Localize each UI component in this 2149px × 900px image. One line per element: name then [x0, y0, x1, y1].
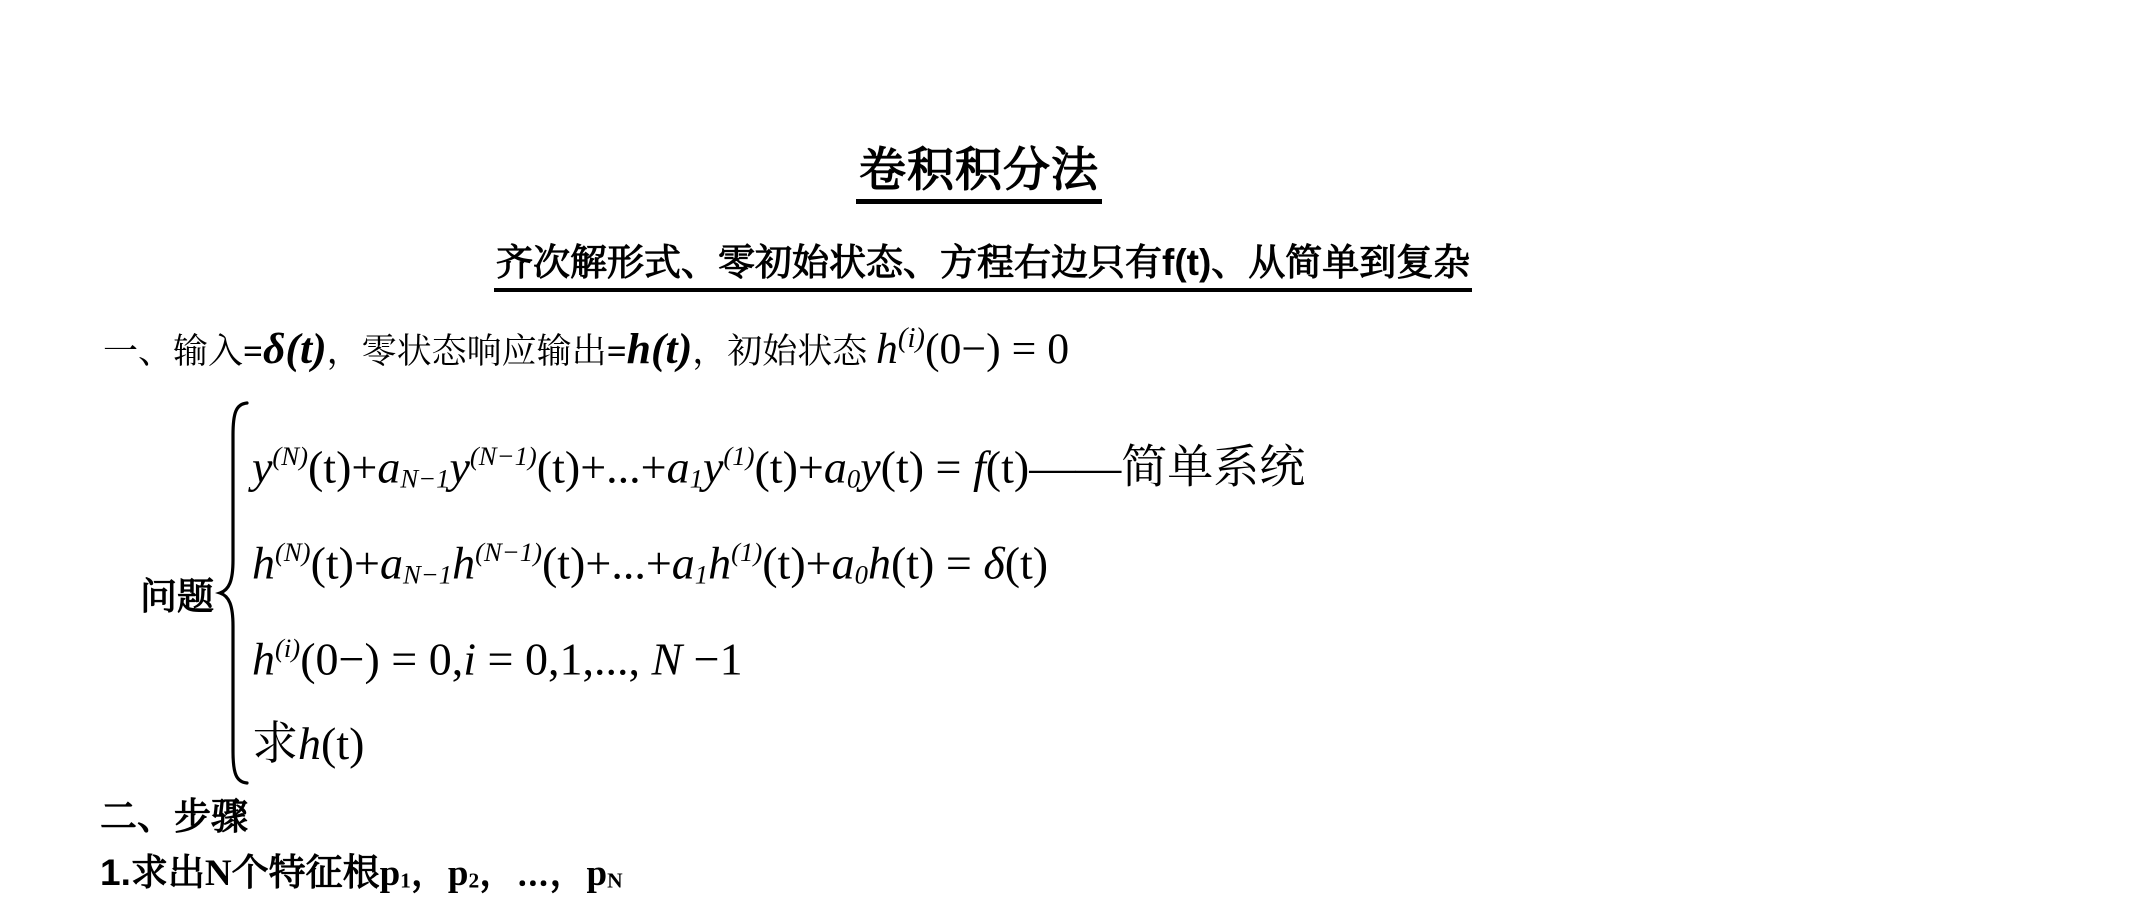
text-segment: δ(t) — [263, 325, 327, 373]
text-segment: (N) — [272, 441, 308, 471]
text-segment: h — [252, 634, 275, 685]
equation-system: y(N)(t)+aN−1y(N−1)(t)+...+a1y(1)(t)+a0y(… — [252, 408, 1305, 792]
text-segment: (0−) = 0 — [925, 325, 1069, 373]
text-segment: 求 — [252, 718, 298, 769]
left-curly-brace — [215, 400, 251, 786]
text-segment: a — [672, 538, 695, 589]
text-segment: (t) — [762, 538, 805, 589]
text-segment: a — [824, 442, 847, 493]
text-segment: N−1 — [400, 463, 449, 493]
text-segment: p — [587, 853, 608, 894]
text-segment: (t) — [308, 442, 351, 493]
text-segment: (t) — [881, 442, 924, 493]
text-segment: + — [806, 538, 832, 589]
text-segment: + — [354, 538, 380, 589]
text-segment: h — [252, 538, 275, 589]
text-segment: y — [252, 442, 272, 493]
text-segment: = 0,1,..., — [476, 634, 651, 685]
document-page: 卷积积分法 齐次解形式、零初始状态、方程右边只有f(t)、从简单到复杂 一、输入… — [0, 0, 2149, 900]
text-segment: (t) — [891, 538, 934, 589]
text-segment: ，初始状态 — [692, 332, 876, 371]
text-segment: a — [832, 538, 855, 589]
text-segment: (i) — [898, 322, 925, 354]
equation-solve-for-h: 求h(t) — [252, 696, 1305, 792]
text-segment: h — [298, 718, 321, 769]
text-segment: (t) — [537, 442, 580, 493]
text-segment: ——简单系统 — [1029, 442, 1305, 493]
text-segment: = — [934, 538, 983, 589]
subtitle: 齐次解形式、零初始状态、方程右边只有f(t)、从简单到复杂 — [494, 240, 1472, 292]
text-segment: f — [973, 442, 986, 493]
text-segment: + — [351, 442, 377, 493]
text-segment: +...+ — [585, 538, 671, 589]
text-segment: p — [448, 853, 469, 894]
text-segment: (t) — [542, 538, 585, 589]
section-2-heading: 二、步骤 — [100, 794, 248, 840]
text-segment: = — [924, 442, 973, 493]
text-segment: (t) — [321, 718, 364, 769]
text-segment: ， — [479, 852, 516, 893]
text-segment: 一、输入 — [103, 332, 243, 371]
equation-system-y: y(N)(t)+aN−1y(N−1)(t)+...+a1y(1)(t)+a0y(… — [252, 408, 1305, 504]
text-segment: (0−) = 0, — [300, 634, 463, 685]
text-segment: (1) — [731, 537, 762, 567]
text-segment: p — [380, 853, 401, 894]
text-segment: −1 — [682, 634, 742, 685]
step-1-line: 1.求出N个特征根p1，p2，⋯，pN — [100, 849, 623, 900]
equation-system-h: h(N)(t)+aN−1h(N−1)(t)+...+a1h(1)(t)+a0h(… — [252, 504, 1305, 600]
text-segment: y — [449, 442, 469, 493]
text-segment: (t) — [311, 538, 354, 589]
text-segment: δ — [983, 538, 1004, 589]
text-segment: (t) — [1005, 538, 1048, 589]
text-segment: 求出 — [131, 852, 205, 893]
text-segment: h(t) — [627, 325, 693, 373]
text-segment: y — [703, 442, 723, 493]
text-segment: 0 — [855, 559, 868, 589]
text-segment: 1 — [400, 869, 411, 893]
text-segment: +...+ — [580, 442, 666, 493]
text-segment: (t) — [754, 442, 797, 493]
text-segment: (N−1) — [470, 441, 537, 471]
text-segment: + — [798, 442, 824, 493]
section-1-input-line: 一、输入=δ(t)，零状态响应输出=h(t)，初始状态 h(i)(0−) = 0 — [103, 312, 1069, 378]
text-segment: a — [380, 538, 403, 589]
text-segment: (N−1) — [475, 537, 542, 567]
text-segment: 1. — [100, 852, 131, 893]
equation-initial-conditions: h(i)(0−) = 0,i = 0,1,..., N −1 — [252, 600, 1305, 696]
text-segment: (1) — [723, 441, 754, 471]
text-segment: N — [651, 634, 682, 685]
text-segment: h — [452, 538, 475, 589]
text-segment: (i) — [275, 633, 300, 663]
text-segment: N — [607, 869, 623, 893]
text-segment: y — [860, 442, 880, 493]
text-segment: = — [607, 332, 627, 371]
text-segment: N−1 — [403, 559, 452, 589]
text-segment: a — [377, 442, 400, 493]
text-segment: (t) — [986, 442, 1029, 493]
text-segment: 1 — [695, 559, 708, 589]
text-segment: h — [868, 538, 891, 589]
text-segment: 0 — [847, 463, 860, 493]
text-segment: N — [205, 853, 232, 894]
text-segment: 个特征根 — [232, 852, 380, 893]
text-segment: a — [667, 442, 690, 493]
text-segment: ⋯ — [516, 852, 549, 893]
text-segment: = — [243, 332, 263, 371]
text-segment: ， — [550, 852, 587, 893]
text-segment: 2 — [468, 869, 479, 893]
text-segment: i — [463, 634, 476, 685]
text-segment: h — [876, 325, 898, 373]
text-segment: 1 — [690, 463, 703, 493]
problem-label: 问题 — [140, 577, 214, 617]
text-segment: ， — [411, 852, 448, 893]
text-segment: (N) — [275, 537, 311, 567]
page-title: 卷积积分法 — [856, 142, 1102, 204]
text-segment: ，零状态响应输出 — [327, 332, 607, 371]
text-segment: h — [708, 538, 731, 589]
